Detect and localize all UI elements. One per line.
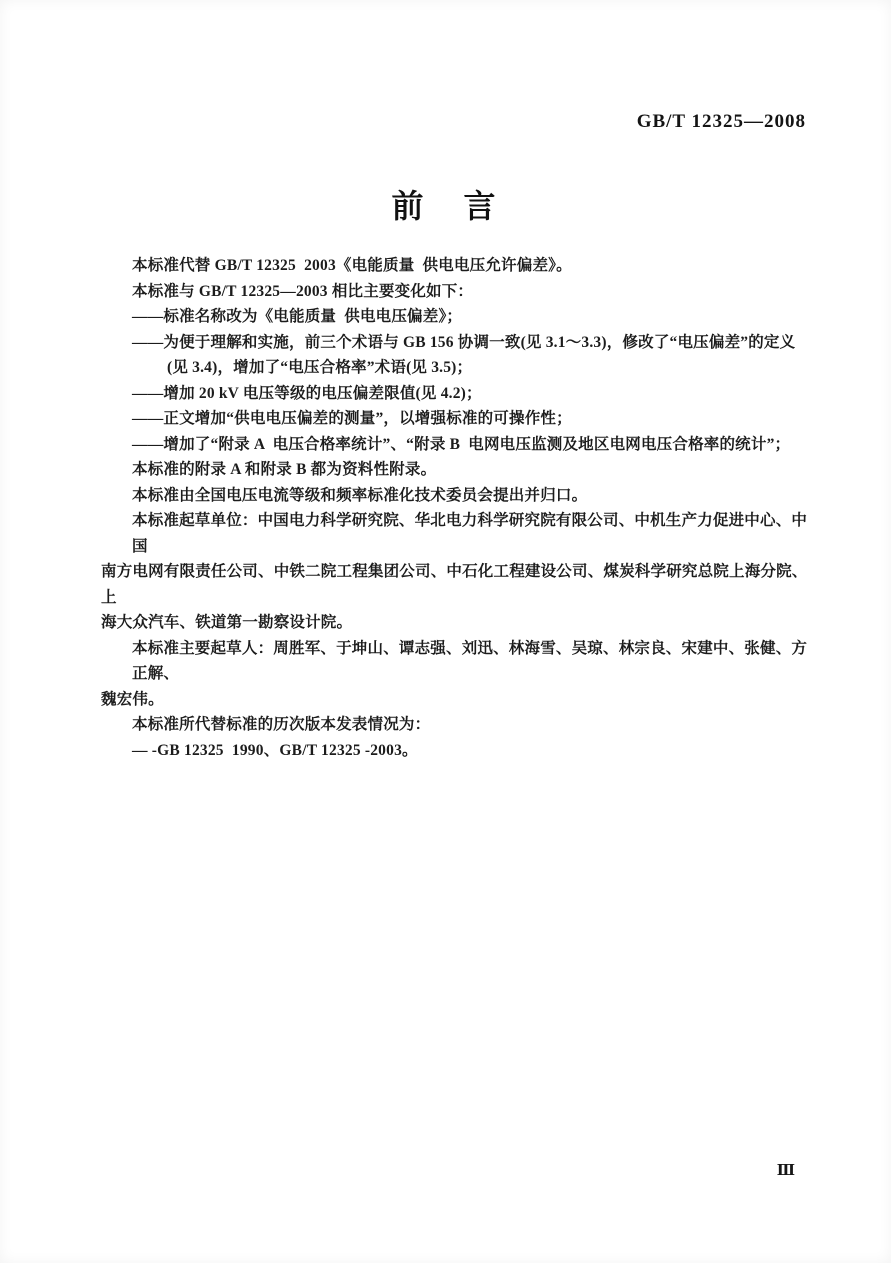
foreword-line: 本标准起草单位：中国电力科学研究院、华北电力科学研究院有限公司、中机生产力促进中… (101, 508, 816, 559)
foreword-line: 南方电网有限责任公司、中铁二院工程集团公司、中石化工程建设公司、煤炭科学研究总院… (101, 559, 816, 610)
foreword-line: 本标准的附录 A 和附录 B 都为资料性附录。 (101, 457, 816, 483)
document-page: GB/T 12325—2008 前 言 本标准代替 GB/T 12325 200… (0, 0, 891, 1263)
foreword-line: ——标准名称改为《电能质量 供电电压偏差》； (101, 304, 816, 330)
page-title: 前 言 (0, 181, 891, 227)
foreword-line: ——增加 20 kV 电压等级的电压偏差限值(见 4.2)； (101, 381, 816, 407)
foreword-line: 本标准代替 GB/T 12325 2003《电能质量 供电电压允许偏差》。 (101, 253, 816, 279)
foreword-line: 海大众汽车、铁道第一勘察设计院。 (101, 610, 816, 636)
standard-code: GB/T 12325—2008 (637, 111, 806, 132)
foreword-line: 本标准所代替标准的历次版本发表情况为： (101, 712, 816, 738)
foreword-line: 本标准由全国电压电流等级和频率标准化技术委员会提出并归口。 (101, 483, 816, 509)
page-number: Ⅲ (777, 1161, 795, 1180)
foreword-body: 本标准代替 GB/T 12325 2003《电能质量 供电电压允许偏差》。本标准… (101, 253, 816, 763)
foreword-line: — -GB 12325 1990、GB/T 12325 -2003。 (101, 738, 816, 764)
foreword-line: 本标准与 GB/T 12325—2003 相比主要变化如下： (101, 279, 816, 305)
foreword-line: 魏宏伟。 (101, 687, 816, 713)
foreword-line: (见 3.4)，增加了“电压合格率”术语(见 3.5)； (101, 355, 816, 381)
foreword-line: 本标准主要起草人：周胜军、于坤山、谭志强、刘迅、林海雪、吴琼、林宗良、宋建中、张… (101, 636, 816, 687)
foreword-line: ——正文增加“供电电压偏差的测量”，以增强标准的可操作性； (101, 406, 816, 432)
foreword-line: ——增加了“附录 A 电压合格率统计”、“附录 B 电网电压监测及地区电网电压合… (101, 432, 816, 458)
foreword-line: ——为便于理解和实施，前三个术语与 GB 156 协调一致(见 3.1～3.3)… (101, 330, 816, 356)
page-header: GB/T 12325—2008 (102, 111, 806, 133)
